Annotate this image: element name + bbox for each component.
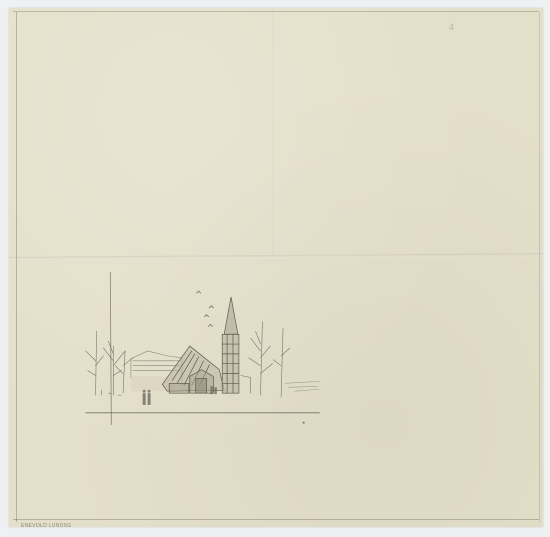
margin-line-right: [539, 12, 540, 522]
bare-trees-left: [86, 331, 133, 395]
paper-sheet: 4: [9, 8, 543, 527]
church-sketch: [74, 266, 339, 431]
church-tower: [222, 297, 239, 393]
margin-line-left: [16, 12, 17, 522]
fold-crease-horizontal: [9, 253, 543, 260]
corner-mark: 4: [449, 22, 454, 32]
birds-icon: [197, 291, 214, 326]
artist-label: ENEVOLD LUNDSG: [21, 523, 71, 529]
margin-line-top: [13, 11, 539, 12]
bare-trees-right: [241, 322, 320, 398]
church-nave: [162, 346, 224, 393]
fold-crease-vertical: [273, 8, 275, 258]
margin-line-bottom: [13, 519, 539, 520]
